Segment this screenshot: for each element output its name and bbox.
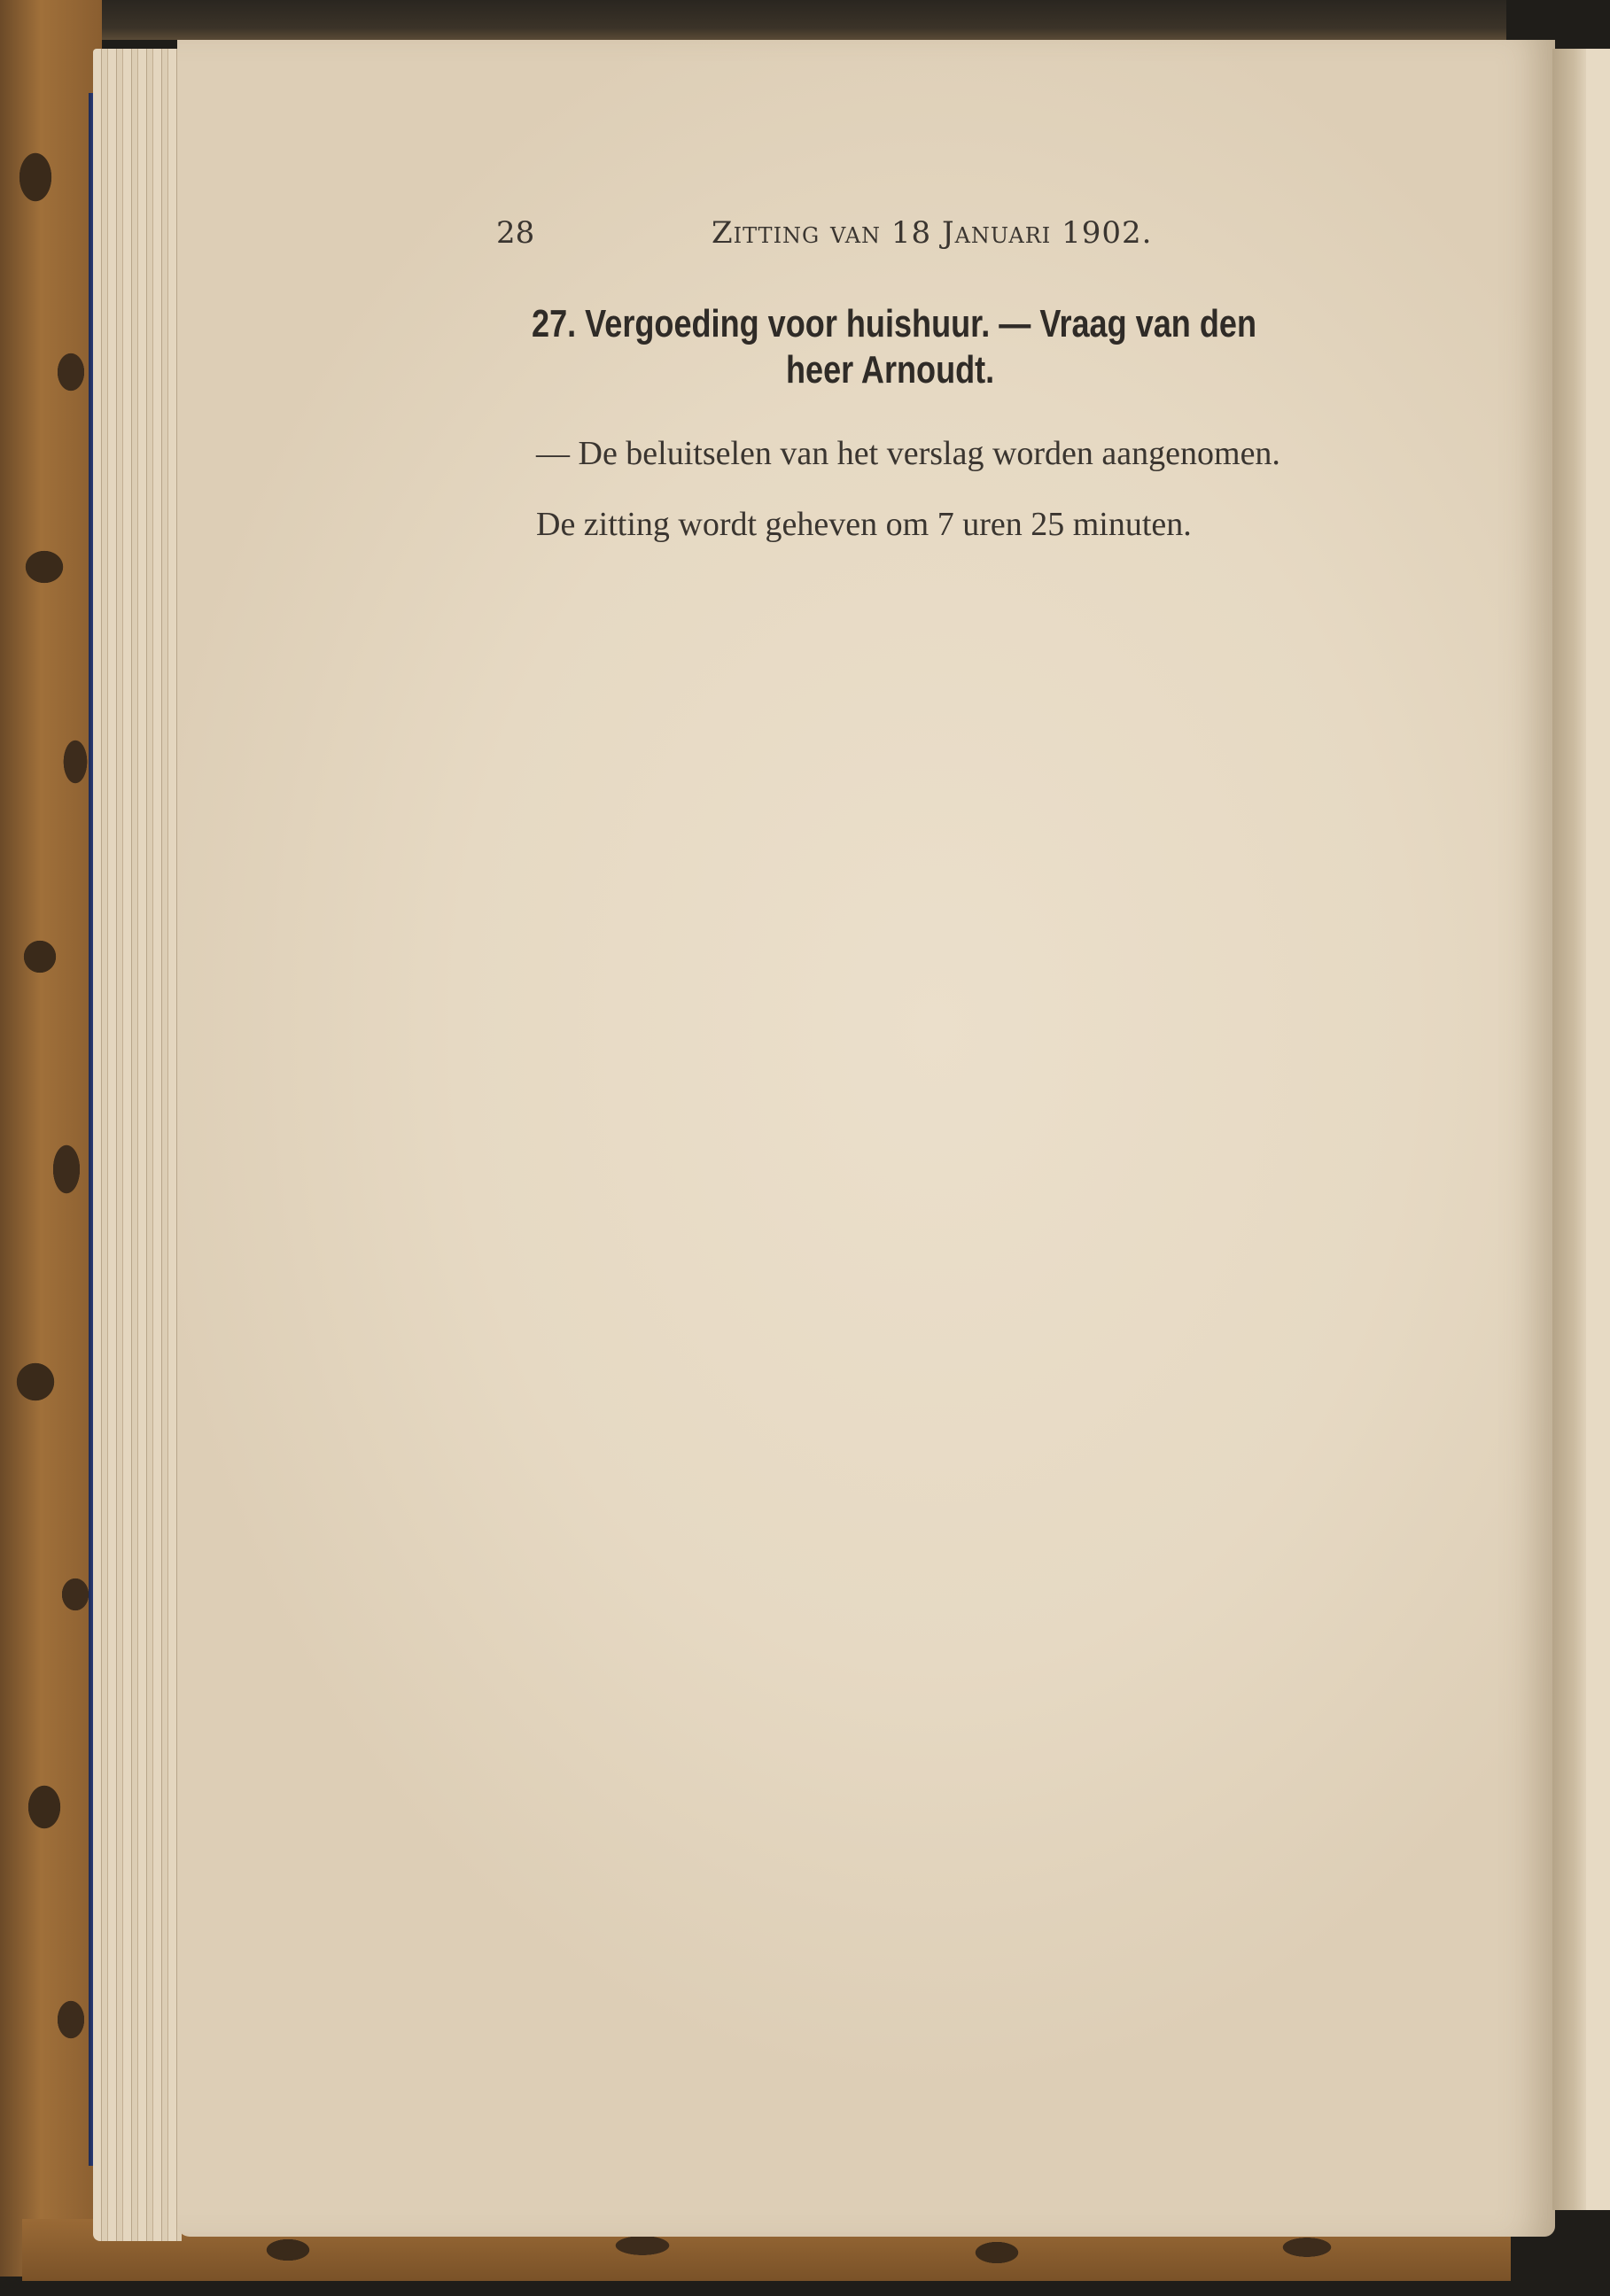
book-cover-left-marbled <box>0 0 102 2277</box>
facing-page-edge <box>1586 49 1610 2210</box>
paragraph-session-closed: De zitting wordt geheven om 7 uren 25 mi… <box>536 505 1192 544</box>
page-gutter-shadow <box>1552 49 1588 2210</box>
page-number: 28 <box>496 215 534 251</box>
paragraph-resolutions-adopted: — De beluitselen van het verslag worden … <box>536 434 1280 473</box>
page-stack-edges <box>93 49 182 2241</box>
book-cover-top <box>0 0 1506 40</box>
section-heading: 27. Vergoeding voor huishuur. — Vraag va… <box>532 301 1454 393</box>
running-title: Zitting van 18 Januari 1902. <box>712 215 1152 251</box>
section-heading-line-2: heer Arnoudt. <box>532 347 1454 393</box>
running-head: 28 Zitting van 18 Januari 1902. <box>496 215 1232 251</box>
section-heading-line-1: 27. Vergoeding voor huishuur. — Vraag va… <box>532 301 1454 347</box>
